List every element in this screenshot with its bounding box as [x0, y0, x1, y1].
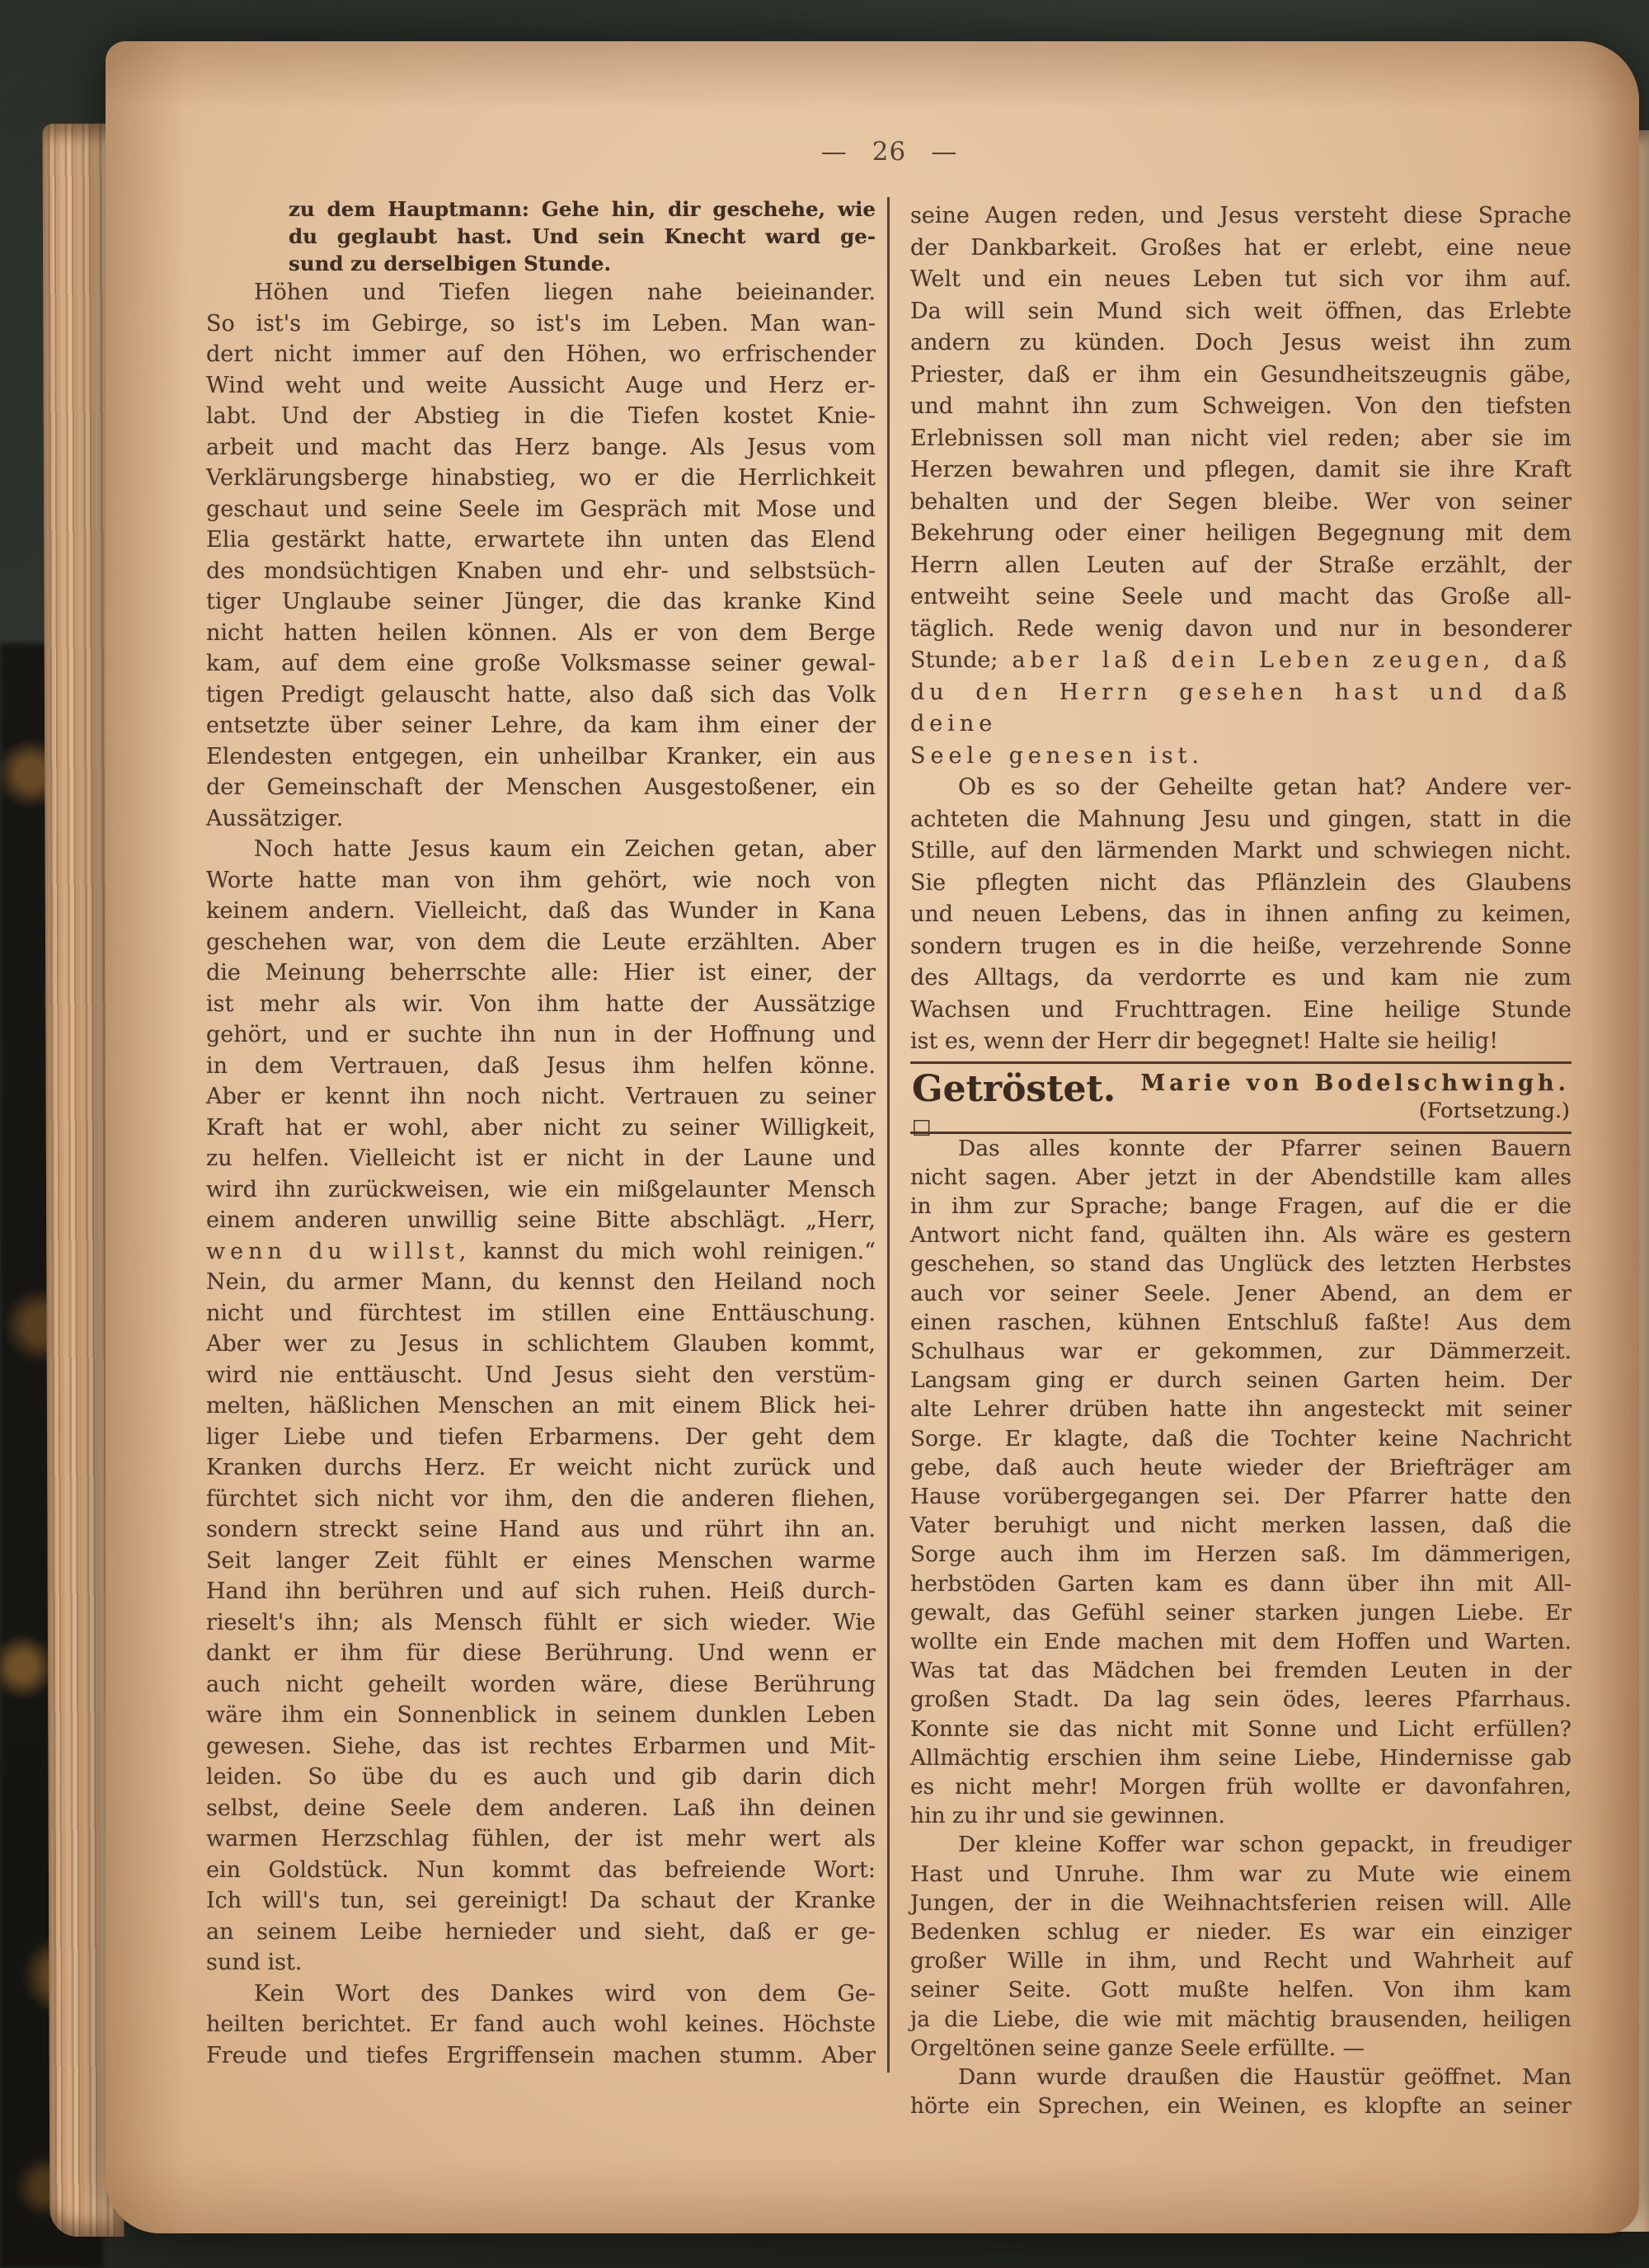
text-segment: Seele genesen ist. — [910, 743, 1204, 769]
text-segment: melten, häßlichen Menschen an mit einem … — [206, 1393, 876, 1419]
text-segment: Ich will's tun, sei gereinigt! Da schaut… — [206, 1888, 876, 1913]
text-segment: großer Wille in ihm, und Recht und Wahrh… — [910, 1948, 1571, 1974]
text-line: Höhen und Tiefen liegen nahe beieinander… — [206, 277, 876, 308]
page-number-value: 26 — [872, 137, 906, 167]
text-segment: fürchtet sich nicht vor ihm, den die and… — [206, 1486, 876, 1512]
text-segment: Bekehrung oder einer heiligen Begegnung … — [910, 520, 1571, 546]
text-segment: Elia gestärkt hatte, erwartete ihn unten… — [206, 527, 876, 553]
text-segment: geschaut und seine Seele im Gespräch mit… — [206, 496, 876, 522]
intro-verse: zu dem Hauptmann: Gehe hin, dir geschehe… — [206, 195, 876, 277]
text-line: wird nie enttäuscht. Und Jesus sieht den… — [206, 1360, 876, 1391]
text-segment: einen raschen, kühnen Entschluß faßte! A… — [910, 1310, 1571, 1335]
text-line: der Dankbarkeit. Großes hat er erlebt, e… — [910, 233, 1571, 265]
text-line: Hand ihn berühren und auf sich ruhen. He… — [206, 1576, 876, 1607]
text-line: andern zu künden. Doch Jesus weist ihn z… — [910, 327, 1571, 360]
text-line: seine Augen reden, und Jesus versteht di… — [910, 200, 1571, 233]
text-segment: Antwort nicht fand, quälten ihn. Als wär… — [910, 1222, 1571, 1248]
text-line: Sorge auch ihm im Herzen saß. Im dämmeri… — [910, 1540, 1571, 1569]
text-segment: Priester, daß er ihm ein Gesundheitszeug… — [910, 362, 1571, 388]
text-segment: behalten und der Segen bleibe. Wer von s… — [910, 489, 1571, 515]
text-line: geschehen war, von dem die Leute erzählt… — [206, 927, 876, 958]
text-line: Der kleine Koffer war schon gepackt, in … — [910, 1830, 1571, 1859]
text-segment: Verklärungsberge hinabstieg, wo er die H… — [206, 465, 876, 491]
text-line: labt. Und der Abstieg in die Tiefen kost… — [206, 401, 876, 432]
text-line: entweiht seine Seele und macht das Große… — [910, 581, 1571, 614]
text-segment: wird nie enttäuscht. Und Jesus sieht den… — [206, 1362, 876, 1388]
text-segment: die Meinung beherrschte alle: Hier ist e… — [206, 960, 876, 986]
text-segment: arbeit und macht das Herz bange. Als Jes… — [206, 435, 876, 460]
text-line: ist es, wenn der Herr dir begegnet! Halt… — [910, 1026, 1571, 1058]
text-line: selbst, deine Seele dem anderen. Laß ihn… — [206, 1793, 876, 1824]
text-segment: Langsam ging er durch seinen Garten heim… — [910, 1367, 1571, 1393]
text-line: Seele genesen ist. — [910, 741, 1571, 773]
text-line: sondern streckt seine Hand aus und rührt… — [206, 1514, 876, 1546]
text-line: So ist's im Gebirge, so ist's im Leben. … — [206, 308, 876, 340]
text-segment: Stunde; — [910, 647, 1012, 673]
text-segment: sund ist. — [206, 1950, 302, 1975]
right-column-text-lower: Das alles konnte der Pfarrer seinen Baue… — [910, 1134, 1571, 2121]
text-line: großer Wille in ihm, und Recht und Wahrh… — [910, 1946, 1571, 1975]
text-line: Noch hatte Jesus kaum ein Zeichen getan,… — [206, 834, 876, 865]
text-segment: gewalt, das Gefühl seiner starken jungen… — [910, 1600, 1571, 1626]
text-segment: , kannst du mich wohl reinigen.“ — [459, 1239, 876, 1264]
text-segment: und mahnt ihn zum Schweigen. Von den tie… — [910, 393, 1571, 419]
text-segment: Dann wurde draußen die Haustür geöffnet.… — [958, 2064, 1571, 2090]
text-segment: Das alles konnte der Pfarrer seinen Baue… — [958, 1136, 1571, 1161]
text-line: fürchtet sich nicht vor ihm, den die and… — [206, 1484, 876, 1515]
text-segment: Seit langer Zeit fühlt er eines Menschen… — [206, 1548, 876, 1574]
text-segment: Worte hatte man von ihm gehört, wie noch… — [206, 868, 876, 893]
text-segment: Sorge auch ihm im Herzen saß. Im dämmeri… — [910, 1541, 1571, 1567]
text-line: alte Lehrer drüben hatte ihn angesteckt … — [910, 1395, 1571, 1423]
page-number-dash-right: — — [931, 137, 957, 167]
text-line: Hast und Unruhe. Ihm war zu Mute wie ein… — [910, 1860, 1571, 1889]
text-segment: warmen Herzschlag fühlen, der ist mehr w… — [206, 1826, 876, 1852]
text-line: dert nicht immer auf den Höhen, wo erfri… — [206, 339, 876, 370]
text-segment: du geglaubt hast. Und sein Knecht ward g… — [289, 224, 876, 248]
text-segment: Aber er kennt ihn noch nicht. Vertrauen … — [206, 1084, 876, 1109]
text-line: melten, häßlichen Menschen an mit einem … — [206, 1390, 876, 1422]
text-segment: dert nicht immer auf den Höhen, wo erfri… — [206, 341, 876, 367]
text-line: gewesen. Siehe, das ist rechtes Erbarmen… — [206, 1731, 876, 1762]
text-segment: einem anderen unwillig seine Bitte absch… — [206, 1207, 876, 1233]
text-line: behalten und der Segen bleibe. Wer von s… — [910, 487, 1571, 519]
text-line: sund ist. — [206, 1947, 876, 1979]
text-segment: gewesen. Siehe, das ist rechtes Erbarmen… — [206, 1734, 876, 1759]
text-line: keinem andern. Vielleicht, daß das Wunde… — [206, 896, 876, 927]
text-segment: wollte ein Ende machen mit dem Hoffen un… — [910, 1629, 1571, 1654]
text-line: des Alltags, da verdorrte es und kam nie… — [910, 962, 1571, 995]
text-line: Hause vorübergegangen sei. Der Pfarrer h… — [910, 1482, 1571, 1511]
text-line: arbeit und macht das Herz bange. Als Jes… — [206, 432, 876, 463]
text-line: ist mehr als wir. Von ihm hatte der Auss… — [206, 989, 876, 1020]
text-line: und mahnt ihn zum Schweigen. Von den tie… — [910, 391, 1571, 423]
text-line: nicht sagen. Aber jetzt in der Abendstil… — [910, 1163, 1571, 1192]
text-line: einen raschen, kühnen Entschluß faßte! A… — [910, 1308, 1571, 1337]
text-line: Welt und ein neues Leben tut sich vor ih… — [910, 264, 1571, 296]
text-line: täglich. Rede wenig davon und nur in bes… — [910, 614, 1571, 646]
text-segment: ein Goldstück. Nun kommt das befreiende … — [206, 1857, 876, 1883]
text-line: Schulhaus war er gekommen, zur Dämmerzei… — [910, 1337, 1571, 1366]
text-line: dankt er ihm für diese Berührung. Und we… — [206, 1638, 876, 1669]
text-segment: kam, auf dem eine große Volksmasse seine… — [206, 651, 876, 676]
text-segment: dankt er ihm für diese Berührung. Und we… — [206, 1640, 876, 1666]
text-line: wird ihn zurückweisen, wie ein mißgelaun… — [206, 1174, 876, 1206]
text-line: Freude und tiefes Ergriffensein machen s… — [206, 2040, 876, 2072]
text-line: Stunde; aber laß dein Leben zeugen, daß — [910, 645, 1571, 677]
text-segment: geschehen war, von dem die Leute erzählt… — [206, 929, 876, 955]
text-segment: Erlebnissen soll man nicht viel reden; a… — [910, 426, 1571, 451]
text-line: Herzen bewahren und pflegen, damit sie i… — [910, 454, 1571, 487]
text-segment: an seinem Leibe hernieder und sieht, daß… — [206, 1919, 876, 1945]
text-segment: keinem andern. Vielleicht, daß das Wunde… — [206, 898, 876, 924]
text-segment: Aber wer zu Jesus in schlichtem Glauben … — [206, 1331, 876, 1357]
text-segment: entsetzte über seiner Lehre, da kam ihm … — [206, 713, 876, 738]
text-segment: hörte ein Sprechen, ein Weinen, es klopf… — [910, 2093, 1571, 2119]
text-segment: es nicht mehr! Morgen früh wollte er dav… — [910, 1774, 1571, 1800]
text-line: an seinem Leibe hernieder und sieht, daß… — [206, 1917, 876, 1948]
text-segment: Noch hatte Jesus kaum ein Zeichen getan,… — [254, 836, 876, 862]
text-segment: hin zu ihr und sie gewinnen. — [910, 1803, 1225, 1828]
text-line: Was tat das Mädchen bei fremden Leuten i… — [910, 1656, 1571, 1685]
text-line: Sie pflegten nicht das Pflänzlein des Gl… — [910, 868, 1571, 900]
text-segment: du den Herrn gesehen hast und daß deine — [910, 680, 1571, 737]
text-segment: alte Lehrer drüben hatte ihn angesteckt … — [910, 1396, 1571, 1422]
text-segment: Bedenken schlug er nieder. Es war ein ei… — [910, 1919, 1571, 1945]
text-line: einem anderen unwillig seine Bitte absch… — [206, 1205, 876, 1236]
text-line: geschaut und seine Seele im Gespräch mit… — [206, 494, 876, 525]
text-segment: Hand ihn berühren und auf sich ruhen. He… — [206, 1579, 876, 1604]
text-line: Sorge. Er klagte, daß die Tochter keine … — [910, 1424, 1571, 1453]
text-segment: Nein, du armer Mann, du kennst den Heila… — [206, 1269, 876, 1295]
text-segment: Konnte sie das nicht mit Sonne und Licht… — [910, 1716, 1571, 1742]
text-segment: ist es, wenn der Herr dir begegnet! Halt… — [910, 1028, 1498, 1054]
text-line: Kraft hat er wohl, aber nicht zu seiner … — [206, 1113, 876, 1144]
text-line: auch vor seiner Seele. Jener Abend, an d… — [910, 1279, 1571, 1308]
page-number-dash-left: — — [821, 137, 848, 167]
text-line: zu helfen. Vielleicht ist er nicht in de… — [206, 1143, 876, 1174]
text-line: Wachsen und Fruchttragen. Eine heilige S… — [910, 995, 1571, 1027]
text-line: Priester, daß er ihm ein Gesundheitszeug… — [910, 360, 1571, 392]
text-line: Seit langer Zeit fühlt er eines Menschen… — [206, 1546, 876, 1577]
text-line: Aber wer zu Jesus in schlichtem Glauben … — [206, 1329, 876, 1360]
text-line: hörte ein Sprechen, ein Weinen, es klopf… — [910, 2092, 1571, 2120]
section-marker-icon: □ — [912, 1116, 932, 1136]
text-segment: und neuen Lebens, das in ihnen anfing zu… — [910, 901, 1571, 927]
text-line: Das alles konnte der Pfarrer seinen Baue… — [910, 1134, 1571, 1163]
right-column: seine Augen reden, und Jesus versteht di… — [910, 200, 1571, 2120]
text-segment: So ist's im Gebirge, so ist's im Leben. … — [206, 311, 876, 336]
text-line: sund zu derselbigen Stunde. — [289, 250, 876, 277]
text-segment: nicht und fürchtest im stillen eine Entt… — [206, 1301, 876, 1326]
section-heading: Getröstet. Marie von Bodelschwingh. (For… — [910, 1061, 1571, 1134]
text-line: Bedenken schlug er nieder. Es war ein ei… — [910, 1917, 1571, 1946]
text-line: großen Stadt. Da lag sein ödes, leeres P… — [910, 1685, 1571, 1714]
text-segment: tigen Predigt gelauscht hatte, also daß … — [206, 682, 876, 708]
text-line: Worte hatte man von ihm gehört, wie noch… — [206, 865, 876, 896]
text-segment: rieselt's ihn; als Mensch fühlt er sich … — [206, 1610, 876, 1635]
text-segment: aber laß dein Leben zeugen, daß — [1012, 647, 1571, 673]
text-segment: Hast und Unruhe. Ihm war zu Mute wie ein… — [910, 1861, 1571, 1887]
text-line: tigen Predigt gelauscht hatte, also daß … — [206, 680, 876, 711]
text-segment: sondern trugen es in die heiße, verzehre… — [910, 934, 1571, 959]
text-segment: labt. Und der Abstieg in die Tiefen kost… — [206, 403, 876, 429]
text-line: ein Goldstück. Nun kommt das befreiende … — [206, 1855, 876, 1886]
text-segment: Herrn allen Leuten auf der Straße erzähl… — [910, 553, 1571, 578]
text-line: Erlebnissen soll man nicht viel reden; a… — [910, 423, 1571, 455]
page-number: —26— — [206, 137, 1572, 167]
text-segment: Schulhaus war er gekommen, zur Dämmerzei… — [910, 1339, 1571, 1364]
text-line: Orgeltönen seine ganze Seele erfüllte. — — [910, 2034, 1571, 2063]
heading-row: Getröstet. Marie von Bodelschwingh. (For… — [910, 1064, 1571, 1128]
text-segment: gebe, daß auch heute wieder der Briefträ… — [910, 1455, 1571, 1480]
text-line: du den Herrn gesehen hast und daß deine — [910, 677, 1571, 741]
text-line: Ich will's tun, sei gereinigt! Da schaut… — [206, 1885, 876, 1917]
text-line: wenn du willst, kannst du mich wohl rein… — [206, 1236, 876, 1268]
text-segment: Stille, auf den lärmenden Markt und schw… — [910, 838, 1571, 863]
text-line: in ihm zur Sprache; bange Fragen, auf di… — [910, 1192, 1571, 1221]
text-segment: wird ihn zurückweisen, wie ein mißgelaun… — [206, 1177, 876, 1202]
text-segment: Freude und tiefes Ergriffensein machen s… — [206, 2043, 876, 2068]
text-segment: seiner Seite. Gott mußte helfen. Von ihm… — [910, 1977, 1571, 2002]
column-divider — [887, 197, 890, 2073]
text-line: Elendesten entgegen, ein unheilbar Krank… — [206, 741, 876, 773]
text-segment: der Dankbarkeit. Großes hat er erlebt, e… — [910, 235, 1571, 261]
text-segment: Orgeltönen seine ganze Seele erfüllte. — — [910, 2035, 1365, 2061]
text-line: Jungen, der in die Weihnachtsferien reis… — [910, 1889, 1571, 1917]
text-line: Stille, auf den lärmenden Markt und schw… — [910, 835, 1571, 868]
text-segment: Wind weht und weite Aussicht Auge und He… — [206, 373, 876, 398]
text-segment: sondern streckt seine Hand aus und rührt… — [206, 1517, 876, 1542]
text-line: Konnte sie das nicht mit Sonne und Licht… — [910, 1715, 1571, 1743]
text-line: und neuen Lebens, das in ihnen anfing zu… — [910, 899, 1571, 931]
text-line: achteten die Mahnung Jesu und gingen, st… — [910, 804, 1571, 836]
text-segment: selbst, deine Seele dem anderen. Laß ihn… — [206, 1795, 876, 1821]
text-segment: entweiht seine Seele und macht das Große… — [910, 584, 1571, 609]
text-line: Bekehrung oder einer heiligen Begegnung … — [910, 518, 1571, 550]
text-line: nicht hatten heilen können. Als er von d… — [206, 618, 876, 649]
section-continuation: (Fortsetzung.) — [1140, 1099, 1570, 1123]
text-line: Allmächtig erschien ihm seine Liebe, Hin… — [910, 1743, 1571, 1772]
section-title: Getröstet. — [912, 1070, 1116, 1108]
text-segment: gehört, und er suchte ihn nun in der Hof… — [206, 1022, 876, 1047]
text-segment: Herzen bewahren und pflegen, damit sie i… — [910, 457, 1571, 482]
text-line: auch nicht geheilt worden wäre, diese Be… — [206, 1669, 876, 1701]
text-line: kam, auf dem eine große Volksmasse seine… — [206, 648, 876, 680]
text-segment: achteten die Mahnung Jesu und gingen, st… — [910, 807, 1571, 832]
text-segment: in dem Vertrauen, daß Jesus ihm helfen k… — [206, 1053, 876, 1079]
text-line: hin zu ihr und sie gewinnen. — [910, 1801, 1571, 1830]
text-line: ja die Liebe, die wie mit mächtig brause… — [910, 2005, 1571, 2034]
left-column-text: Höhen und Tiefen liegen nahe beieinander… — [206, 277, 876, 2071]
text-line: heilten berichtet. Er fand auch wohl kei… — [206, 2009, 876, 2040]
text-line: Elia gestärkt hatte, erwartete ihn unten… — [206, 525, 876, 556]
right-column-text-upper: seine Augen reden, und Jesus versteht di… — [910, 200, 1571, 1058]
text-segment: Welt und ein neues Leben tut sich vor ih… — [910, 266, 1571, 292]
text-segment: Hause vorübergegangen sei. Der Pfarrer h… — [910, 1484, 1571, 1509]
text-line: warmen Herzschlag fühlen, der ist mehr w… — [206, 1823, 876, 1855]
text-line: wollte ein Ende machen mit dem Hoffen un… — [910, 1627, 1571, 1656]
text-segment: Kranken durchs Herz. Er weicht nicht zur… — [206, 1455, 876, 1480]
heading-rule-bottom — [910, 1132, 1571, 1134]
text-line: gehört, und er suchte ihn nun in der Hof… — [206, 1019, 876, 1051]
section-author: Marie von Bodelschwingh. — [1140, 1070, 1570, 1097]
text-line: die Meinung beherrschte alle: Hier ist e… — [206, 958, 876, 989]
text-segment: Jungen, der in die Weihnachtsferien reis… — [910, 1890, 1571, 1916]
text-segment: Sie pflegten nicht das Pflänzlein des Gl… — [910, 870, 1571, 896]
text-segment: Da will sein Mund sich weit öffnen, das … — [910, 299, 1571, 324]
text-segment: des mondsüchtigen Knaben und ehr- und se… — [206, 558, 876, 584]
text-segment: Ob es so der Geheilte getan hat? Andere … — [958, 774, 1571, 800]
text-line: Antwort nicht fand, quälten ihn. Als wär… — [910, 1221, 1571, 1249]
text-line: Verklärungsberge hinabstieg, wo er die H… — [206, 463, 876, 494]
text-segment: Höhen und Tiefen liegen nahe beieinander… — [254, 280, 876, 305]
text-segment: herbstöden Garten kam es dann über ihn m… — [910, 1571, 1571, 1597]
text-segment: des Alltags, da verdorrte es und kam nie… — [910, 965, 1571, 990]
text-segment: andern zu künden. Doch Jesus weist ihn z… — [910, 330, 1571, 355]
text-segment: zu dem Hauptmann: Gehe hin, dir geschehe… — [289, 197, 876, 221]
text-segment: Kein Wort des Dankes wird von dem Ge- — [254, 1981, 876, 2007]
text-segment: in ihm zur Sprache; bange Fragen, auf di… — [910, 1193, 1571, 1219]
text-segment: heilten berichtet. Er fand auch wohl kei… — [206, 2012, 876, 2037]
text-segment: zu helfen. Vielleicht ist er nicht in de… — [206, 1146, 876, 1171]
left-column: zu dem Hauptmann: Gehe hin, dir geschehe… — [206, 195, 876, 2071]
text-segment: tiger Unglaube seiner Jünger, die das kr… — [206, 589, 876, 614]
text-line: seiner Seite. Gott mußte helfen. Von ihm… — [910, 1975, 1571, 2004]
text-segment: Was tat das Mädchen bei fremden Leuten i… — [910, 1658, 1571, 1683]
text-segment: der Gemeinschaft der Menschen Ausgestoße… — [206, 774, 876, 800]
text-segment: leiden. So übe du es auch und gib darin … — [206, 1764, 876, 1790]
text-line: wäre ihm ein Sonnenblick in seinem dunkl… — [206, 1700, 876, 1731]
text-segment: sund zu derselbigen Stunde. — [289, 252, 611, 275]
text-line: gebe, daß auch heute wieder der Briefträ… — [910, 1453, 1571, 1482]
text-line: Vater beruhigt und nicht merken lassen, … — [910, 1511, 1571, 1540]
text-line: sondern trugen es in die heiße, verzehre… — [910, 931, 1571, 963]
text-segment: Elendesten entgegen, ein unheilbar Krank… — [206, 744, 876, 769]
text-line: Aber er kennt ihn noch nicht. Vertrauen … — [206, 1081, 876, 1113]
text-line: Wind weht und weite Aussicht Auge und He… — [206, 370, 876, 402]
text-line: rieselt's ihn; als Mensch fühlt er sich … — [206, 1607, 876, 1639]
text-segment: geschehen, so stand das Unglück des letz… — [910, 1251, 1571, 1277]
text-line: Kein Wort des Dankes wird von dem Ge- — [206, 1979, 876, 2010]
text-segment: Sorge. Er klagte, daß die Tochter keine … — [910, 1426, 1571, 1452]
text-line: geschehen, so stand das Unglück des letz… — [910, 1249, 1571, 1278]
text-line: liger Liebe und tiefen Erbarmens. Der ge… — [206, 1422, 876, 1453]
text-segment: Kraft hat er wohl, aber nicht zu seiner … — [206, 1115, 876, 1141]
text-line: Dann wurde draußen die Haustür geöffnet.… — [910, 2063, 1571, 2092]
text-segment: seine Augen reden, und Jesus versteht di… — [910, 203, 1571, 228]
text-line: Da will sein Mund sich weit öffnen, das … — [910, 296, 1571, 328]
text-segment: Allmächtig erschien ihm seine Liebe, Hin… — [910, 1745, 1571, 1771]
text-line: des mondsüchtigen Knaben und ehr- und se… — [206, 556, 876, 587]
text-segment: liger Liebe und tiefen Erbarmens. Der ge… — [206, 1424, 876, 1450]
text-segment: Der kleine Koffer war schon gepackt, in … — [958, 1832, 1571, 1857]
text-line: Ob es so der Geheilte getan hat? Andere … — [910, 772, 1571, 804]
text-segment: täglich. Rede wenig davon und nur in bes… — [910, 616, 1571, 642]
text-segment: Vater beruhigt und nicht merken lassen, … — [910, 1513, 1571, 1538]
text-segment: Wachsen und Fruchttragen. Eine heilige S… — [910, 997, 1571, 1023]
text-line: nicht und fürchtest im stillen eine Entt… — [206, 1298, 876, 1329]
text-segment: wenn du willst — [206, 1239, 459, 1264]
text-line: du geglaubt hast. Und sein Knecht ward g… — [289, 223, 876, 250]
text-segment: ja die Liebe, die wie mit mächtig brause… — [910, 2007, 1571, 2032]
text-line: Langsam ging er durch seinen Garten heim… — [910, 1366, 1571, 1395]
text-segment: wäre ihm ein Sonnenblick in seinem dunkl… — [206, 1702, 876, 1728]
text-segment: großen Stadt. Da lag sein ödes, leeres P… — [910, 1687, 1571, 1712]
text-line: es nicht mehr! Morgen früh wollte er dav… — [910, 1772, 1571, 1801]
section-byline: Marie von Bodelschwingh. (Fortsetzung.) — [1140, 1070, 1570, 1123]
text-segment: auch nicht geheilt worden wäre, diese Be… — [206, 1672, 876, 1697]
text-line: tiger Unglaube seiner Jünger, die das kr… — [206, 586, 876, 618]
text-line: gewalt, das Gefühl seiner starken jungen… — [910, 1598, 1571, 1627]
text-line: Aussätziger. — [206, 803, 876, 835]
text-segment: nicht sagen. Aber jetzt in der Abendstil… — [910, 1165, 1571, 1190]
text-line: leiden. So übe du es auch und gib darin … — [206, 1762, 876, 1793]
text-line: zu dem Hauptmann: Gehe hin, dir geschehe… — [289, 195, 876, 223]
text-line: entsetzte über seiner Lehre, da kam ihm … — [206, 710, 876, 741]
text-segment: ist mehr als wir. Von ihm hatte der Auss… — [206, 991, 876, 1017]
text-line: Nein, du armer Mann, du kennst den Heila… — [206, 1267, 876, 1298]
text-line: Kranken durchs Herz. Er weicht nicht zur… — [206, 1452, 876, 1484]
text-line: Herrn allen Leuten auf der Straße erzähl… — [910, 550, 1571, 582]
scanned-book-page: —26— zu dem Hauptmann: Gehe hin, dir ges… — [0, 0, 1649, 2268]
text-segment: nicht hatten heilen können. Als er von d… — [206, 620, 876, 646]
text-segment: auch vor seiner Seele. Jener Abend, an d… — [910, 1281, 1571, 1306]
text-line: herbstöden Garten kam es dann über ihn m… — [910, 1569, 1571, 1598]
text-segment: Aussätziger. — [206, 806, 343, 831]
text-line: der Gemeinschaft der Menschen Ausgestoße… — [206, 772, 876, 803]
text-line: in dem Vertrauen, daß Jesus ihm helfen k… — [206, 1051, 876, 1082]
